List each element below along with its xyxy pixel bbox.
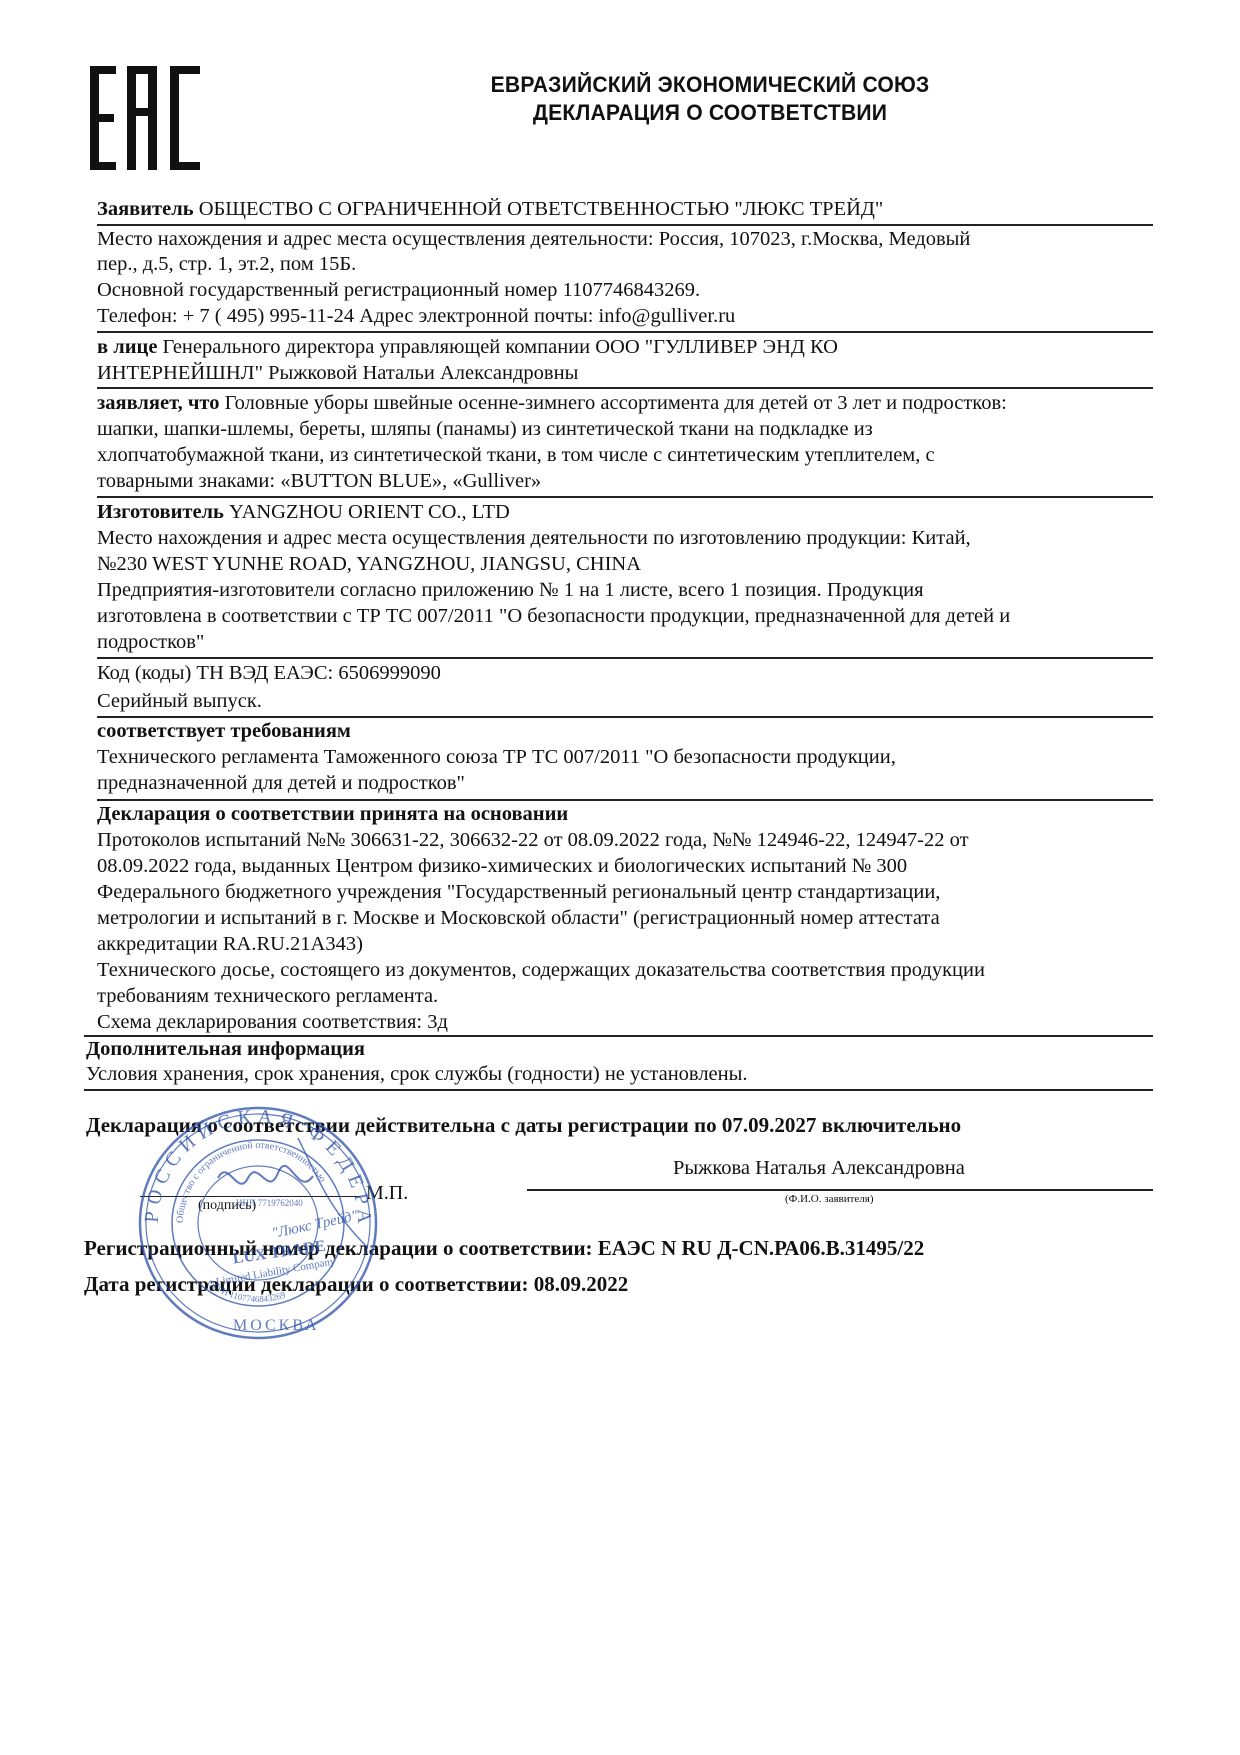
signature-line — [140, 1196, 360, 1197]
conforms-label: соответствует требованиям — [97, 719, 351, 743]
divider — [97, 331, 1153, 333]
additional-text: Условия хранения, срок хранения, срок сл… — [86, 1062, 748, 1086]
applicant-label: Заявитель — [97, 198, 194, 220]
conforms-line-2: предназначенной для детей и подростков" — [97, 771, 465, 795]
divider — [97, 387, 1153, 389]
header-union-title: ЕВРАЗИЙСКИЙ ЭКОНОМИЧЕСКИЙ СОЮЗ — [374, 72, 1046, 98]
additional-label: Дополнительная информация — [86, 1037, 365, 1061]
declares-line-1: заявляет, что Головные уборы швейные осе… — [97, 391, 1007, 415]
divider — [84, 1089, 1153, 1091]
declaration-scheme: Схема декларирования соответствия: 3д — [97, 1010, 448, 1034]
divider — [97, 657, 1153, 659]
manufacturer-label: Изготовитель — [97, 501, 224, 523]
declares-line-3: хлопчатобумажной ткани, из синтетической… — [97, 443, 935, 467]
manufacturer-note-3: подростков" — [97, 630, 204, 654]
manufacturer-line: Изготовитель YANGZHOU ORIENT CO., LTD — [97, 500, 510, 524]
signature-caption: (подпись) — [198, 1198, 256, 1214]
representative-line-1: в лице Генерального директора управляюще… — [97, 335, 838, 359]
signer-caption: (Ф.И.О. заявителя) — [785, 1192, 874, 1206]
manufacturer-address-2: №230 WEST YUNHE ROAD, YANGZHOU, JIANGSU,… — [97, 552, 641, 576]
manufacturer-address-1: Место нахождения и адрес места осуществл… — [97, 526, 971, 550]
basis-line-5: аккредитации RA.RU.21А343) — [97, 932, 363, 956]
basis-line-6: Технического досье, состоящего из докуме… — [97, 958, 985, 982]
divider — [97, 799, 1153, 801]
applicant-contacts: Телефон: + 7 ( 495) 995-11-24 Адрес элек… — [97, 304, 735, 328]
representative-line-2: ИНТЕРНЕЙШНЛ" Рыжковой Натальи Александро… — [97, 361, 578, 385]
manufacturer-note-1: Предприятия-изготовители согласно прилож… — [97, 578, 924, 602]
tnved-code: Код (коды) ТН ВЭД ЕАЭС: 6506999090 — [97, 661, 441, 685]
conforms-line-1: Технического регламента Таможенного союз… — [97, 745, 896, 769]
basis-line-2: 08.09.2022 года, выданных Центром физико… — [97, 854, 907, 878]
header-document-title: ДЕКЛАРАЦИЯ О СООТВЕТСТВИИ — [374, 100, 1046, 126]
applicant-name: ОБЩЕСТВО С ОГРАНИЧЕННОЙ ОТВЕТСТВЕННОСТЬЮ… — [199, 198, 884, 220]
divider — [97, 496, 1153, 498]
representative-label: в лице — [97, 336, 157, 358]
svg-text:МОСКВА: МОСКВА — [233, 1317, 320, 1334]
manufacturer-note-2: изготовлена в соответствии с ТР ТС 007/2… — [97, 604, 1010, 628]
applicant-line: Заявитель ОБЩЕСТВО С ОГРАНИЧЕННОЙ ОТВЕТС… — [97, 197, 883, 221]
stamp-mark: М.П. — [366, 1181, 408, 1205]
divider — [97, 716, 1153, 718]
basis-line-7: требованиям технического регламента. — [97, 984, 438, 1008]
validity-statement: Декларация о соответствии действительна … — [86, 1113, 961, 1137]
applicant-address-1: Место нахождения и адрес места осуществл… — [97, 227, 970, 251]
basis-line-1: Протоколов испытаний №№ 306631-22, 30663… — [97, 828, 969, 852]
applicant-ogrn: Основной государственный регистрационный… — [97, 278, 700, 302]
basis-line-3: Федерального бюджетного учреждения "Госу… — [97, 880, 940, 904]
signer-name: Рыжкова Наталья Александровна — [673, 1156, 965, 1180]
declares-label: заявляет, что — [97, 392, 219, 414]
applicant-address-2: пер., д.5, стр. 1, эт.2, пом 15Б. — [97, 252, 356, 276]
manufacturer-name: YANGZHOU ORIENT CO., LTD — [229, 501, 510, 523]
registration-number: Регистрационный номер декларации о соотв… — [84, 1236, 924, 1260]
divider — [97, 224, 1153, 226]
basis-label: Декларация о соответствии принята на осн… — [97, 802, 568, 826]
signer-name-line — [527, 1189, 1153, 1191]
declares-line-2: шапки, шапки-шлемы, береты, шляпы (панам… — [97, 417, 873, 441]
eac-logo — [90, 66, 204, 170]
release-type: Серийный выпуск. — [97, 689, 262, 713]
declares-line-4: товарными знаками: «BUTTON BLUE», «Gulli… — [97, 469, 541, 493]
basis-line-4: метрологии и испытаний в г. Москве и Мос… — [97, 906, 940, 930]
registration-date: Дата регистрации декларации о соответств… — [84, 1272, 628, 1296]
